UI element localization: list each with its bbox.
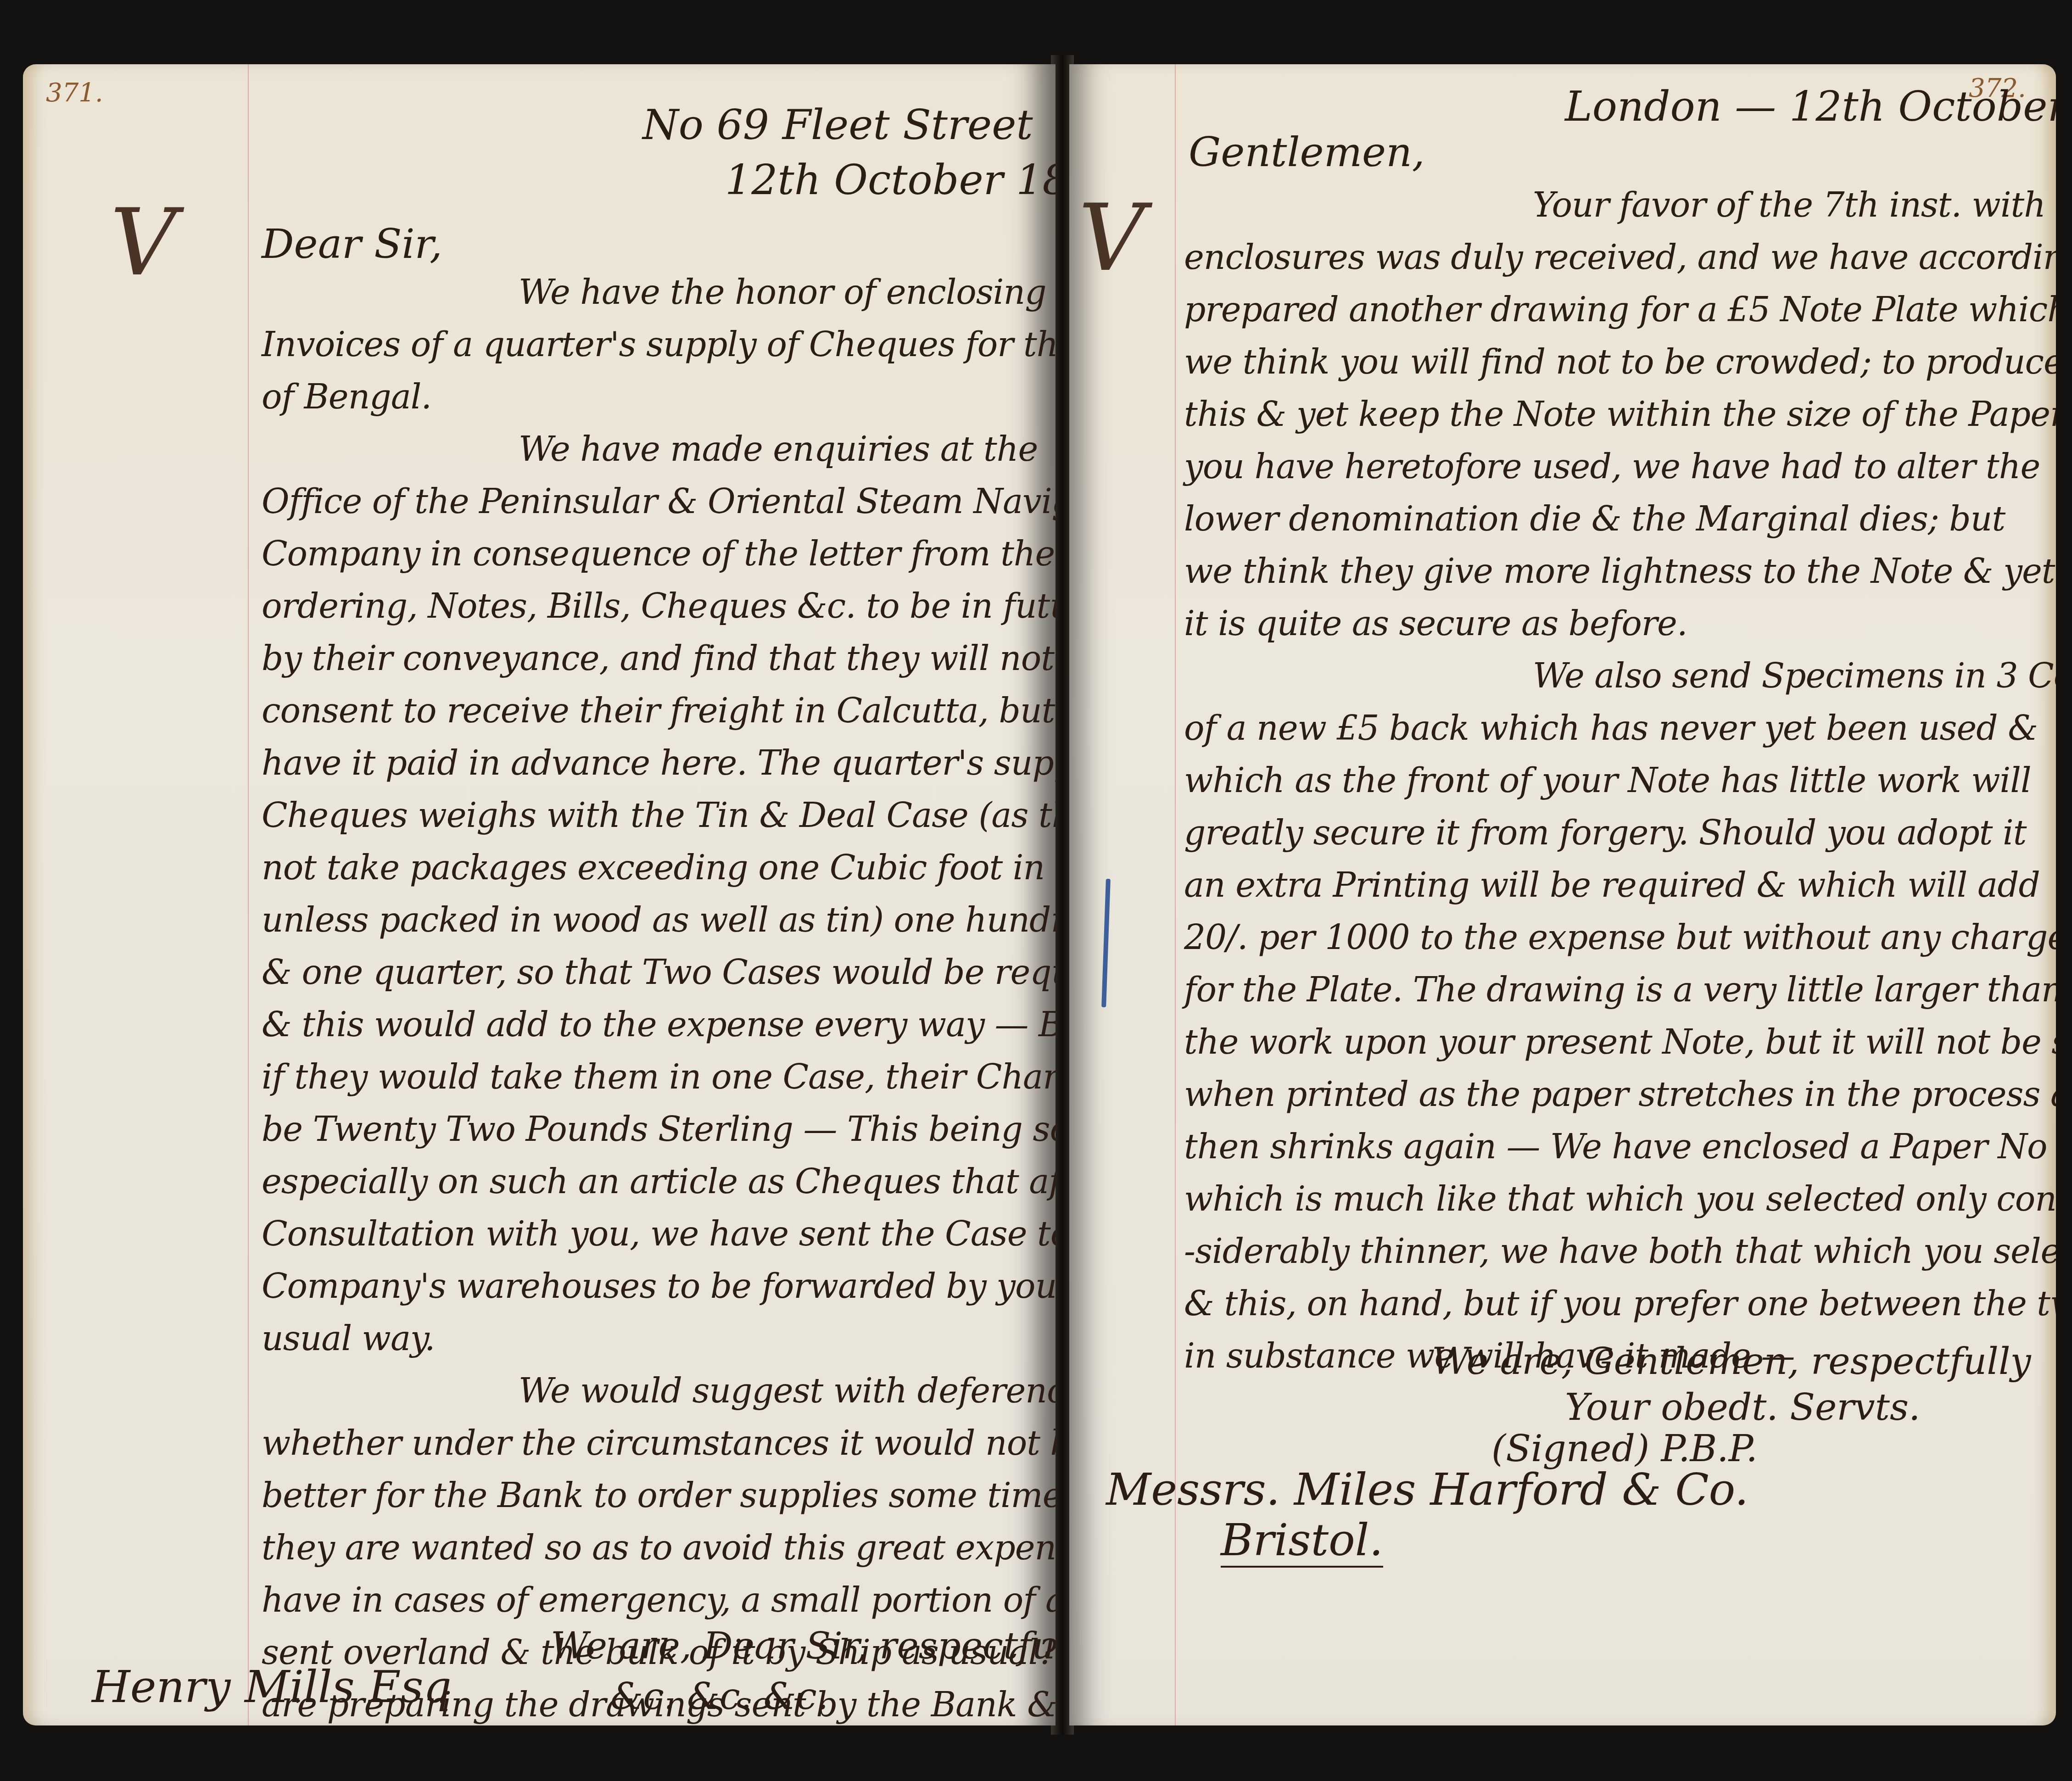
body-line: we think you will find not to be crowded… bbox=[1184, 336, 2047, 388]
body-line: by their conveyance, and find that they … bbox=[262, 632, 1042, 685]
addressee-city: Bristol. bbox=[1221, 1514, 1383, 1568]
body-line: Your favor of the 7th inst. with its bbox=[1184, 179, 2047, 231]
body-line: & this, on hand, but if you prefer one b… bbox=[1184, 1278, 2047, 1330]
closing-line: We are, Dear Sir, respectfully bbox=[551, 1625, 1056, 1667]
body-line: We have made enquiries at the bbox=[262, 423, 1042, 475]
body-line: of a new £5 back which has never yet bee… bbox=[1184, 702, 2047, 754]
margin-rule bbox=[248, 64, 249, 1725]
body-line: unless packed in wood as well as tin) on… bbox=[262, 894, 1042, 946]
body-line: Invoices of a quarter's supply of Cheque… bbox=[262, 318, 1042, 371]
body-line: lower denomination die & the Marginal di… bbox=[1184, 493, 2047, 545]
body-line: We also send Specimens in 3 Colours bbox=[1184, 650, 2047, 702]
body-line: prepared another drawing for a £5 Note P… bbox=[1184, 284, 2047, 336]
body-line: greatly secure it from forgery. Should y… bbox=[1184, 807, 2047, 859]
body-line: an extra Printing will be required & whi… bbox=[1184, 859, 2047, 911]
body-line: you have heretofore used, we have had to… bbox=[1184, 441, 2047, 493]
body-line: Consultation with you, we have sent the … bbox=[262, 1208, 1042, 1260]
body-line: for the Plate. The drawing is a very lit… bbox=[1184, 964, 2047, 1016]
letter-date: 12th October 1848 bbox=[725, 156, 1056, 204]
body-line: they are wanted so as to avoid this grea… bbox=[262, 1522, 1042, 1574]
closing-etc: &c. &c. &c. bbox=[610, 1675, 828, 1718]
body-line: which is much like that which you select… bbox=[1184, 1173, 2047, 1225]
salutation: Dear Sir, bbox=[262, 220, 442, 268]
left-page: 371. V No 69 Fleet Street 12th October 1… bbox=[23, 64, 1056, 1725]
body-line: We would suggest with deference bbox=[262, 1365, 1042, 1417]
salutation: Gentlemen, bbox=[1189, 128, 1425, 176]
addressee: Henry Mills Esq bbox=[92, 1661, 452, 1713]
body-line: better for the Bank to order supplies so… bbox=[262, 1469, 1042, 1522]
letter-body: Your favor of the 7th inst. with its enc… bbox=[1184, 179, 2047, 1382]
margin-check-mark-icon: V bbox=[1078, 193, 1145, 285]
page-number: 371. bbox=[46, 78, 103, 108]
body-line: Company in consequence of the letter fro… bbox=[262, 528, 1042, 580]
body-line: consent to receive their freight in Calc… bbox=[262, 685, 1042, 737]
body-line: when printed as the paper stretches in t… bbox=[1184, 1068, 2047, 1121]
body-line: & one quarter, so that Two Cases would b… bbox=[262, 946, 1042, 999]
body-line: we think they give more lightness to the… bbox=[1184, 545, 2047, 597]
sender-address: No 69 Fleet Street bbox=[642, 101, 1033, 149]
body-line: whether under the circumstances it would… bbox=[262, 1417, 1042, 1469]
body-line: -siderably thinner, we have both that wh… bbox=[1184, 1225, 2047, 1278]
body-line: Office of the Peninsular & Oriental Stea… bbox=[262, 475, 1042, 528]
body-line: have it paid in advance here. The quarte… bbox=[262, 737, 1042, 789]
body-line: not take packages exceeding one Cubic fo… bbox=[262, 842, 1042, 894]
closing-line: We are, Gentlemen, respectfully bbox=[1432, 1340, 2031, 1383]
body-line: Cheques weighs with the Tin & Deal Case … bbox=[262, 789, 1042, 842]
body-line: it is quite as secure as before. bbox=[1184, 597, 2047, 650]
body-line: & this would add to the expense every wa… bbox=[262, 999, 1042, 1051]
body-line: be Twenty Two Pounds Sterling — This bei… bbox=[262, 1103, 1042, 1156]
body-line: Company's warehouses to be forwarded by … bbox=[262, 1260, 1042, 1312]
body-line: enclosures was duly received, and we hav… bbox=[1184, 231, 2047, 284]
body-line: this & yet keep the Note within the size… bbox=[1184, 388, 2047, 441]
body-line: of Bengal. bbox=[262, 371, 1042, 423]
body-line: have in cases of emergency, a small port… bbox=[262, 1574, 1042, 1626]
closing-servants: Your obedt. Servts. bbox=[1565, 1386, 1920, 1429]
body-line: which as the front of your Note has litt… bbox=[1184, 754, 2047, 807]
body-line: especially on such an article as Cheques… bbox=[262, 1156, 1042, 1208]
place-and-date: London — 12th October 1848 bbox=[1565, 83, 2056, 131]
body-line: 20/. per 1000 to the expense but without… bbox=[1184, 911, 2047, 964]
body-line: We have the honor of enclosing duplicate bbox=[262, 266, 1042, 318]
body-line: then shrinks again — We have enclosed a … bbox=[1184, 1121, 2047, 1173]
body-line: ordering, Notes, Bills, Cheques &c. to b… bbox=[262, 580, 1042, 632]
addressee-name: Messrs. Miles Harford & Co. bbox=[1106, 1464, 1748, 1515]
letter-body: We have the honor of enclosing duplicate… bbox=[262, 266, 1042, 1725]
body-line: usual way. bbox=[262, 1312, 1042, 1365]
body-line: if they would take them in one Case, the… bbox=[262, 1051, 1042, 1103]
margin-check-mark-icon: V bbox=[110, 197, 176, 289]
right-page: 372. V London — 12th October 1848 Gentle… bbox=[1069, 64, 2056, 1725]
body-line: the work upon your present Note, but it … bbox=[1184, 1016, 2047, 1068]
